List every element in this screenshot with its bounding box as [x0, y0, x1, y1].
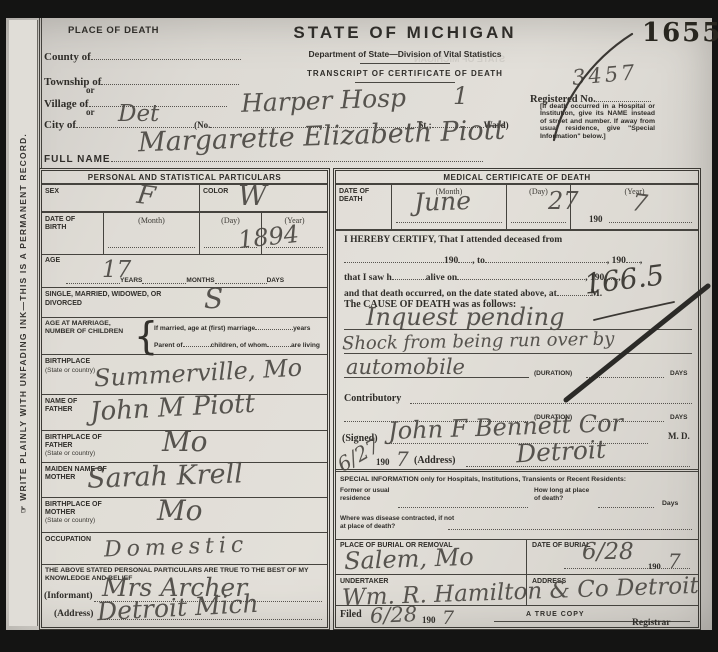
informant-address-label: (Address) — [54, 609, 93, 619]
state-or-country-label: (State or country) — [45, 367, 95, 374]
registered-value-handwriting: 3457 — [571, 60, 638, 90]
special-separator — [336, 469, 698, 472]
village-label: Village of — [44, 98, 89, 110]
birthplace-row: BIRTHPLACE (State or country) Summervill… — [42, 355, 327, 395]
color-cell: COLOR W — [200, 185, 327, 211]
mother-state-label: (State or country) — [45, 517, 95, 524]
father-state-label: (State or country) — [45, 450, 95, 457]
days-label-2: DAYS — [670, 414, 687, 421]
certificate-paper: ☞ WRITE PLAINLY WITH UNFADING INK—THIS I… — [6, 18, 712, 630]
how-long-blank — [598, 507, 654, 508]
former-residence-blank — [398, 507, 528, 508]
dod-month-blank — [396, 222, 502, 223]
duration-blank-1 — [586, 377, 664, 378]
informant-row: THE ABOVE STATED PERSONAL PARTICULARS AR… — [42, 565, 327, 627]
occupation-label: OCCUPATION — [45, 536, 91, 543]
death-day-handwriting: 27 — [548, 187, 579, 215]
county-label: County of — [44, 51, 91, 63]
death-month-handwriting: June — [414, 186, 472, 217]
age-value-handwriting: 17 — [102, 257, 131, 283]
days2-label: Days — [662, 500, 678, 507]
certify-to: , to — [472, 256, 485, 266]
dod-label-cell: DATE OF DEATH — [336, 185, 392, 229]
marriage-label: AGE AT MARRIAGE, NUMBER OF CHILDREN — [45, 320, 133, 336]
cause-line1-handwriting: Inquest pending — [366, 303, 564, 331]
ward-value-handwriting: 1 — [453, 82, 468, 110]
children-blank — [183, 340, 211, 347]
mother-name-handwriting: Sarah Krell — [87, 458, 244, 494]
burial-place-handwriting: Salem, Mo — [344, 543, 475, 576]
brace-glyph: { — [134, 314, 158, 358]
scanned-certificate: ☞ WRITE PLAINLY WITH UNFADING INK—THIS I… — [0, 0, 718, 652]
days-label-1: DAYS — [670, 370, 687, 377]
ink-bleed-text: STATE OF MICHIGAN — [414, 54, 505, 64]
mother-name-row: MAIDEN NAME OF MOTHER Sarah Krell — [42, 463, 327, 498]
physician-address-handwriting: Detroit — [515, 435, 606, 469]
contributory-label: Contributory — [344, 393, 401, 404]
marital-row: SINGLE, MARRIED, WIDOWED, OR DIVORCED S — [42, 288, 327, 318]
full-name-label: FULL NAME — [44, 154, 111, 165]
marital-value-handwriting: S — [204, 282, 223, 315]
margin-note-text: WRITE PLAINLY WITH UNFADING INK—THIS IS … — [18, 133, 28, 501]
if-married-label: If married, age at (first) marriage — [154, 325, 255, 332]
state-title: STATE OF MICHIGAN — [260, 23, 550, 43]
md-label: M. D. — [668, 431, 690, 441]
form-left-rule — [39, 18, 42, 168]
dob-month-label: (Month) — [104, 216, 199, 225]
margin-strip: ☞ WRITE PLAINLY WITH UNFADING INK—THIS I… — [9, 20, 38, 626]
former-residence-label: Former or usual residence — [340, 487, 398, 502]
hospital-note: [If death occurred in a Hospital or Inst… — [540, 103, 655, 140]
mother-birthplace-label: BIRTHPLACE OF MOTHER — [45, 501, 115, 517]
certify-line-1: I HEREBY CERTIFY, That I attended deceas… — [344, 235, 562, 245]
age-row: AGE YEARS MONTHS DAYS 17 — [42, 255, 327, 288]
county-row: County of — [44, 47, 241, 65]
occupation-handwriting: Domestic — [104, 532, 249, 562]
hospital-value-handwriting: Harper Hosp — [241, 83, 407, 118]
stamp-number: 1655 — [642, 18, 718, 48]
cause-line3-handwriting: automobile — [346, 355, 465, 379]
medical-section: MEDICAL CERTIFICATE OF DEATH DATE OF DEA… — [333, 168, 701, 630]
age-blanks-row: YEARS MONTHS DAYS — [66, 274, 284, 284]
township-row: Township of — [44, 72, 239, 90]
date-of-death-row: DATE OF DEATH (Month) (Day) (Year) 190 J… — [336, 185, 698, 231]
marriage-age-blank — [255, 323, 293, 330]
father-birthplace-handwriting: Mo — [162, 425, 208, 458]
city-label: City of — [44, 119, 76, 131]
age-months-blank — [142, 274, 186, 284]
informant-label: (Informant) — [44, 591, 93, 601]
dod-year-blank — [609, 222, 692, 223]
signed-year-handwriting: 7 — [396, 447, 409, 471]
registrar-label: Registrar — [632, 618, 671, 628]
living-suffix-label: are living — [291, 342, 320, 349]
medical-section-title: MEDICAL CERTIFICATE OF DEATH — [336, 171, 698, 185]
dod-day-blank — [511, 222, 566, 223]
department-line: Department of State—Division of Vital St… — [260, 49, 550, 59]
where-contracted-blank — [448, 529, 692, 530]
sex-cell: SEX F — [42, 185, 200, 211]
children-mid-label: children, of whom — [211, 342, 267, 349]
mother-birthplace-row: BIRTHPLACE OF MOTHER (State or country) … — [42, 498, 327, 533]
dob-label-cell: DATE OF BIRTH — [42, 213, 104, 254]
father-name-handwriting: John M Piott — [89, 389, 255, 428]
cause-line2-handwriting: Shock from being run over by — [342, 329, 615, 355]
physician-address-label: (Address) — [414, 455, 455, 466]
certify-saw: that I saw h — [344, 273, 392, 283]
color-label: COLOR — [203, 188, 228, 195]
occupation-row: OCCUPATION Domestic — [42, 533, 327, 565]
certify-to-blank — [485, 253, 607, 263]
filed-year-printed: 190 — [422, 615, 436, 625]
marriage-row: AGE AT MARRIAGE, NUMBER OF CHILDREN { If… — [42, 318, 327, 355]
filed-date-handwriting: 6/28 — [370, 602, 418, 628]
parent-of-label: Parent of — [154, 342, 183, 349]
duration-label-1: (DURATION) — [534, 370, 572, 377]
dob-month-blank — [108, 247, 195, 248]
birthplace-label: BIRTHPLACE — [45, 358, 90, 365]
color-value-handwriting: W — [238, 179, 267, 212]
days-label: DAYS — [267, 277, 284, 284]
father-birthplace-label: BIRTHPLACE OF FATHER — [45, 434, 115, 450]
township-blank — [101, 75, 239, 85]
marital-label: SINGLE, MARRIED, WIDOWED, OR DIVORCED — [45, 291, 195, 308]
certify-h-blank — [392, 270, 426, 280]
personal-section: PERSONAL AND STATISTICAL PARTICULARS SEX… — [39, 168, 330, 630]
transcript-line: TRANSCRIPT OF CERTIFICATE OF DEATH — [260, 69, 550, 78]
burial-year-handwriting: 7 — [668, 549, 681, 573]
sex-label: SEX — [45, 188, 59, 195]
sex-value-handwriting: F — [135, 180, 157, 212]
how-long-label: How long at place of death? — [534, 487, 596, 502]
burial-date-handwriting: 6/28 — [582, 539, 634, 565]
county-blank — [91, 50, 241, 60]
special-title: SPECIAL INFORMATION only for Hospitals, … — [340, 476, 626, 483]
where-contracted-label: Where was disease contracted, if not at … — [340, 515, 458, 530]
birthplace-handwriting: Summerville, Mo — [93, 354, 302, 393]
dob-month-cell: (Month) — [104, 213, 200, 254]
sex-color-row: SEX F COLOR W — [42, 185, 327, 213]
true-copy-label: A TRUE COPY — [526, 611, 585, 618]
pointing-hand-icon: ☞ — [18, 504, 28, 513]
burial-year-printed: 190 — [648, 561, 661, 571]
father-birthplace-row: BIRTHPLACE OF FATHER (State or country) … — [42, 431, 327, 463]
certify-alive: alive on — [426, 273, 457, 283]
signed-year-printed: 190 — [376, 457, 390, 467]
margin-note: ☞ WRITE PLAINLY WITH UNFADING INK—THIS I… — [18, 133, 28, 513]
place-of-death-label: PLACE OF DEATH — [68, 25, 159, 36]
sex-color-cells: SEX F COLOR W — [42, 185, 327, 211]
city-value-handwriting: Det — [118, 101, 159, 127]
certify-occurred: and that death occurred, on the date sta… — [344, 289, 557, 299]
registered-blank — [596, 92, 651, 102]
certify-190a: 190 — [444, 256, 458, 266]
contributory-blank — [410, 403, 692, 404]
marriage-line-1: If married, age at (first) marriageyears — [154, 323, 310, 332]
dod-year-printed: 190 — [589, 214, 603, 224]
dod-label: DATE OF DEATH — [339, 188, 385, 204]
age-label: AGE — [45, 257, 60, 264]
dob-label: DATE OF BIRTH — [45, 216, 93, 232]
filed-year-handwriting: 7 — [442, 607, 454, 629]
certify-blank-a — [458, 253, 472, 263]
physician-address-blank — [466, 466, 690, 467]
years-suffix-label: years — [293, 325, 310, 332]
living-blank — [267, 340, 291, 347]
date-of-birth-row: DATE OF BIRTH (Month) (Day) (Year) 1894 — [42, 213, 327, 255]
marriage-line-2: Parent ofchildren, of whomare living — [154, 340, 320, 349]
certify-alive-blank — [457, 270, 585, 280]
mother-birthplace-handwriting: Mo — [157, 494, 203, 527]
certify-from-blank — [344, 253, 444, 263]
personal-section-title: PERSONAL AND STATISTICAL PARTICULARS — [42, 171, 327, 185]
